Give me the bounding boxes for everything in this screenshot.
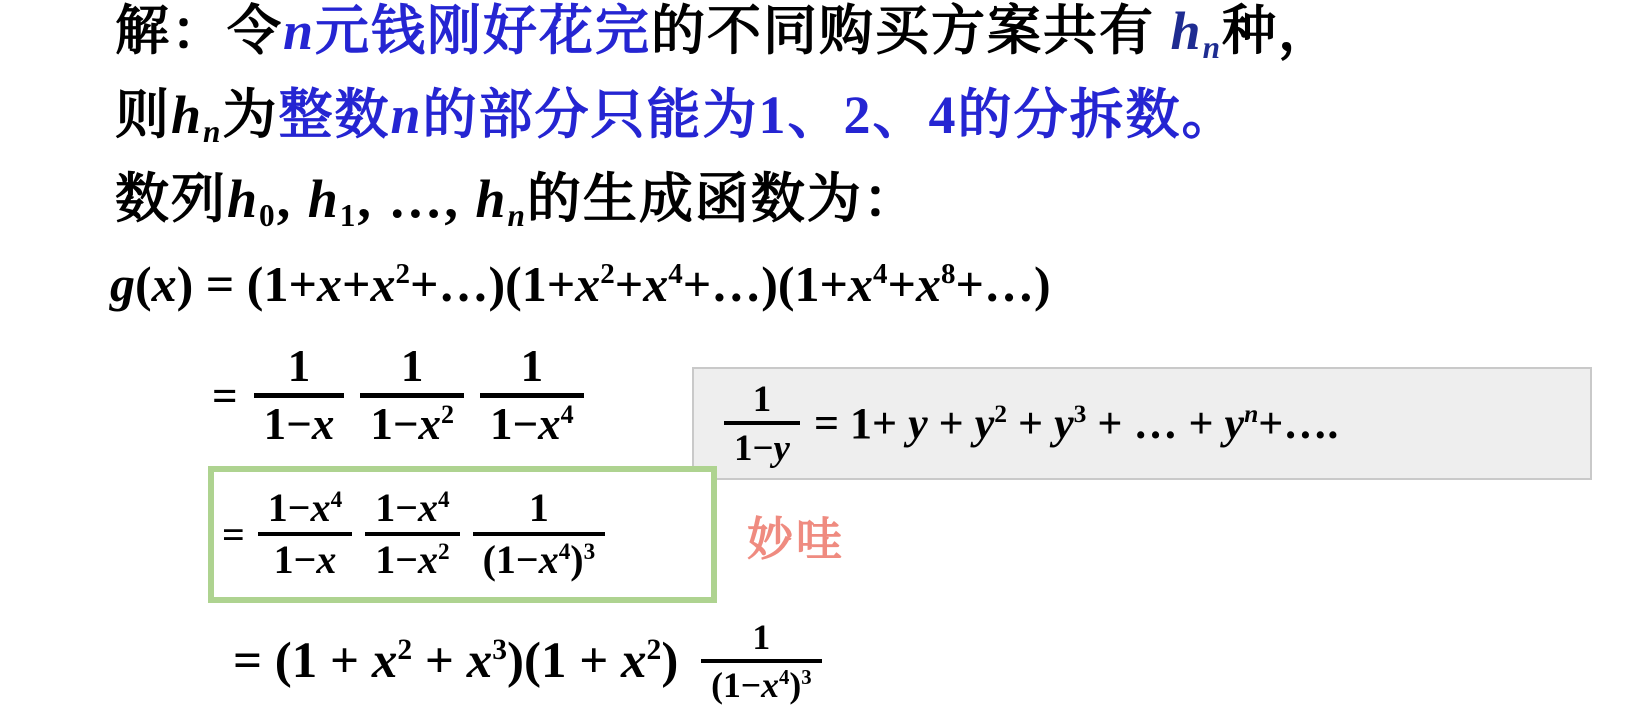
fraction-denominator: 1−x4 bbox=[480, 398, 584, 448]
fraction: 1−x41−x bbox=[258, 488, 352, 581]
math-text: g(x) = (1+x+x2+…)(1+x2+x4+…)(1+x4+x8+…) bbox=[110, 256, 1051, 312]
math-text: 1 bbox=[753, 378, 771, 419]
math-text: 1−x4 bbox=[268, 485, 342, 530]
math-text: 则hn为整数n的部分只能为1、2、4的分拆数。 bbox=[115, 85, 1238, 145]
math-text: = (1 + x2 + x3)(1 + x2) bbox=[233, 632, 691, 690]
fraction-product-equation: =11−x11−x211−x4 bbox=[212, 338, 584, 454]
math-text: 数列h0, h1, …, hn的生成函数为： bbox=[115, 169, 919, 229]
fraction-numerator: 1 bbox=[473, 488, 606, 536]
math-text: 1−x2 bbox=[375, 537, 449, 582]
solution-statement-line-1: 解：令n元钱刚好花完的不同购买方案共有 hn种， bbox=[115, 0, 1334, 64]
math-text: 1−x2 bbox=[370, 399, 454, 449]
math-text: (1−x4)3 bbox=[711, 665, 812, 705]
math-text: 1−x4 bbox=[490, 399, 574, 449]
fraction-numerator: 1−x4 bbox=[365, 488, 459, 536]
fraction-denominator: 1−x2 bbox=[365, 536, 459, 581]
solution-slide: 解：令n元钱刚好花完的不同购买方案共有 hn种， 则hn为整数n的部分只能为1、… bbox=[0, 0, 1648, 728]
fraction-denominator: (1−x4)3 bbox=[701, 663, 822, 703]
fraction-numerator: 1 bbox=[701, 619, 822, 662]
math-text: 1−x bbox=[274, 537, 337, 582]
final-form-equation: = (1 + x2 + x3)(1 + x2) 1(1−x4)3 bbox=[233, 600, 822, 722]
fraction-denominator: (1−x4)3 bbox=[473, 536, 606, 581]
fraction: 1(1−x4)3 bbox=[701, 619, 822, 703]
fraction: 1−x41−x2 bbox=[365, 488, 459, 581]
generating-function-equation: g(x) = (1+x+x2+…)(1+x2+x4+…)(1+x4+x8+…) bbox=[110, 255, 1051, 314]
math-text: 1−x4 bbox=[375, 485, 449, 530]
fraction-denominator: 1−x2 bbox=[360, 398, 464, 448]
math-text: 1−y bbox=[734, 427, 790, 468]
math-text: = 1+ y + y2 + y3 + … + yn+…. bbox=[814, 398, 1338, 449]
math-text: 1 bbox=[521, 341, 544, 391]
math-text: 解：令n元钱刚好花完的不同购买方案共有 hn种， bbox=[115, 1, 1334, 61]
math-text: 1 bbox=[752, 617, 770, 657]
math-text: 1 bbox=[529, 485, 549, 530]
fraction: 11−x2 bbox=[360, 344, 464, 448]
math-text: = bbox=[222, 511, 245, 558]
fraction-denominator: 1−x bbox=[254, 398, 345, 448]
fraction: 11−y bbox=[724, 380, 800, 466]
fraction: 11−x bbox=[254, 344, 345, 448]
fraction: 11−x4 bbox=[480, 344, 584, 448]
math-text: = bbox=[212, 370, 238, 422]
math-text: 1−x bbox=[264, 399, 335, 449]
fraction-numerator: 1 bbox=[360, 344, 464, 398]
math-text: 1 bbox=[401, 341, 424, 391]
fraction-numerator: 1 bbox=[254, 344, 345, 398]
sequence-definition-line: 数列h0, h1, …, hn的生成函数为： bbox=[115, 168, 919, 232]
annotation-miaowa: 妙哇 bbox=[747, 503, 845, 569]
fraction-numerator: 1 bbox=[480, 344, 584, 398]
math-text: 1 bbox=[288, 341, 311, 391]
geometric-series-note-box: 11−y= 1+ y + y2 + y3 + … + yn+…. bbox=[692, 367, 1592, 480]
fraction-numerator: 1 bbox=[724, 380, 800, 425]
fraction-numerator: 1−x4 bbox=[258, 488, 352, 536]
fraction-denominator: 1−x bbox=[258, 536, 352, 581]
highlighted-factorization-box: =1−x41−x1−x41−x21(1−x4)3 bbox=[208, 466, 717, 603]
fraction: 1(1−x4)3 bbox=[473, 488, 606, 581]
fraction-denominator: 1−y bbox=[724, 425, 800, 467]
solution-statement-line-2: 则hn为整数n的部分只能为1、2、4的分拆数。 bbox=[115, 84, 1238, 148]
math-text: (1−x4)3 bbox=[483, 537, 596, 582]
